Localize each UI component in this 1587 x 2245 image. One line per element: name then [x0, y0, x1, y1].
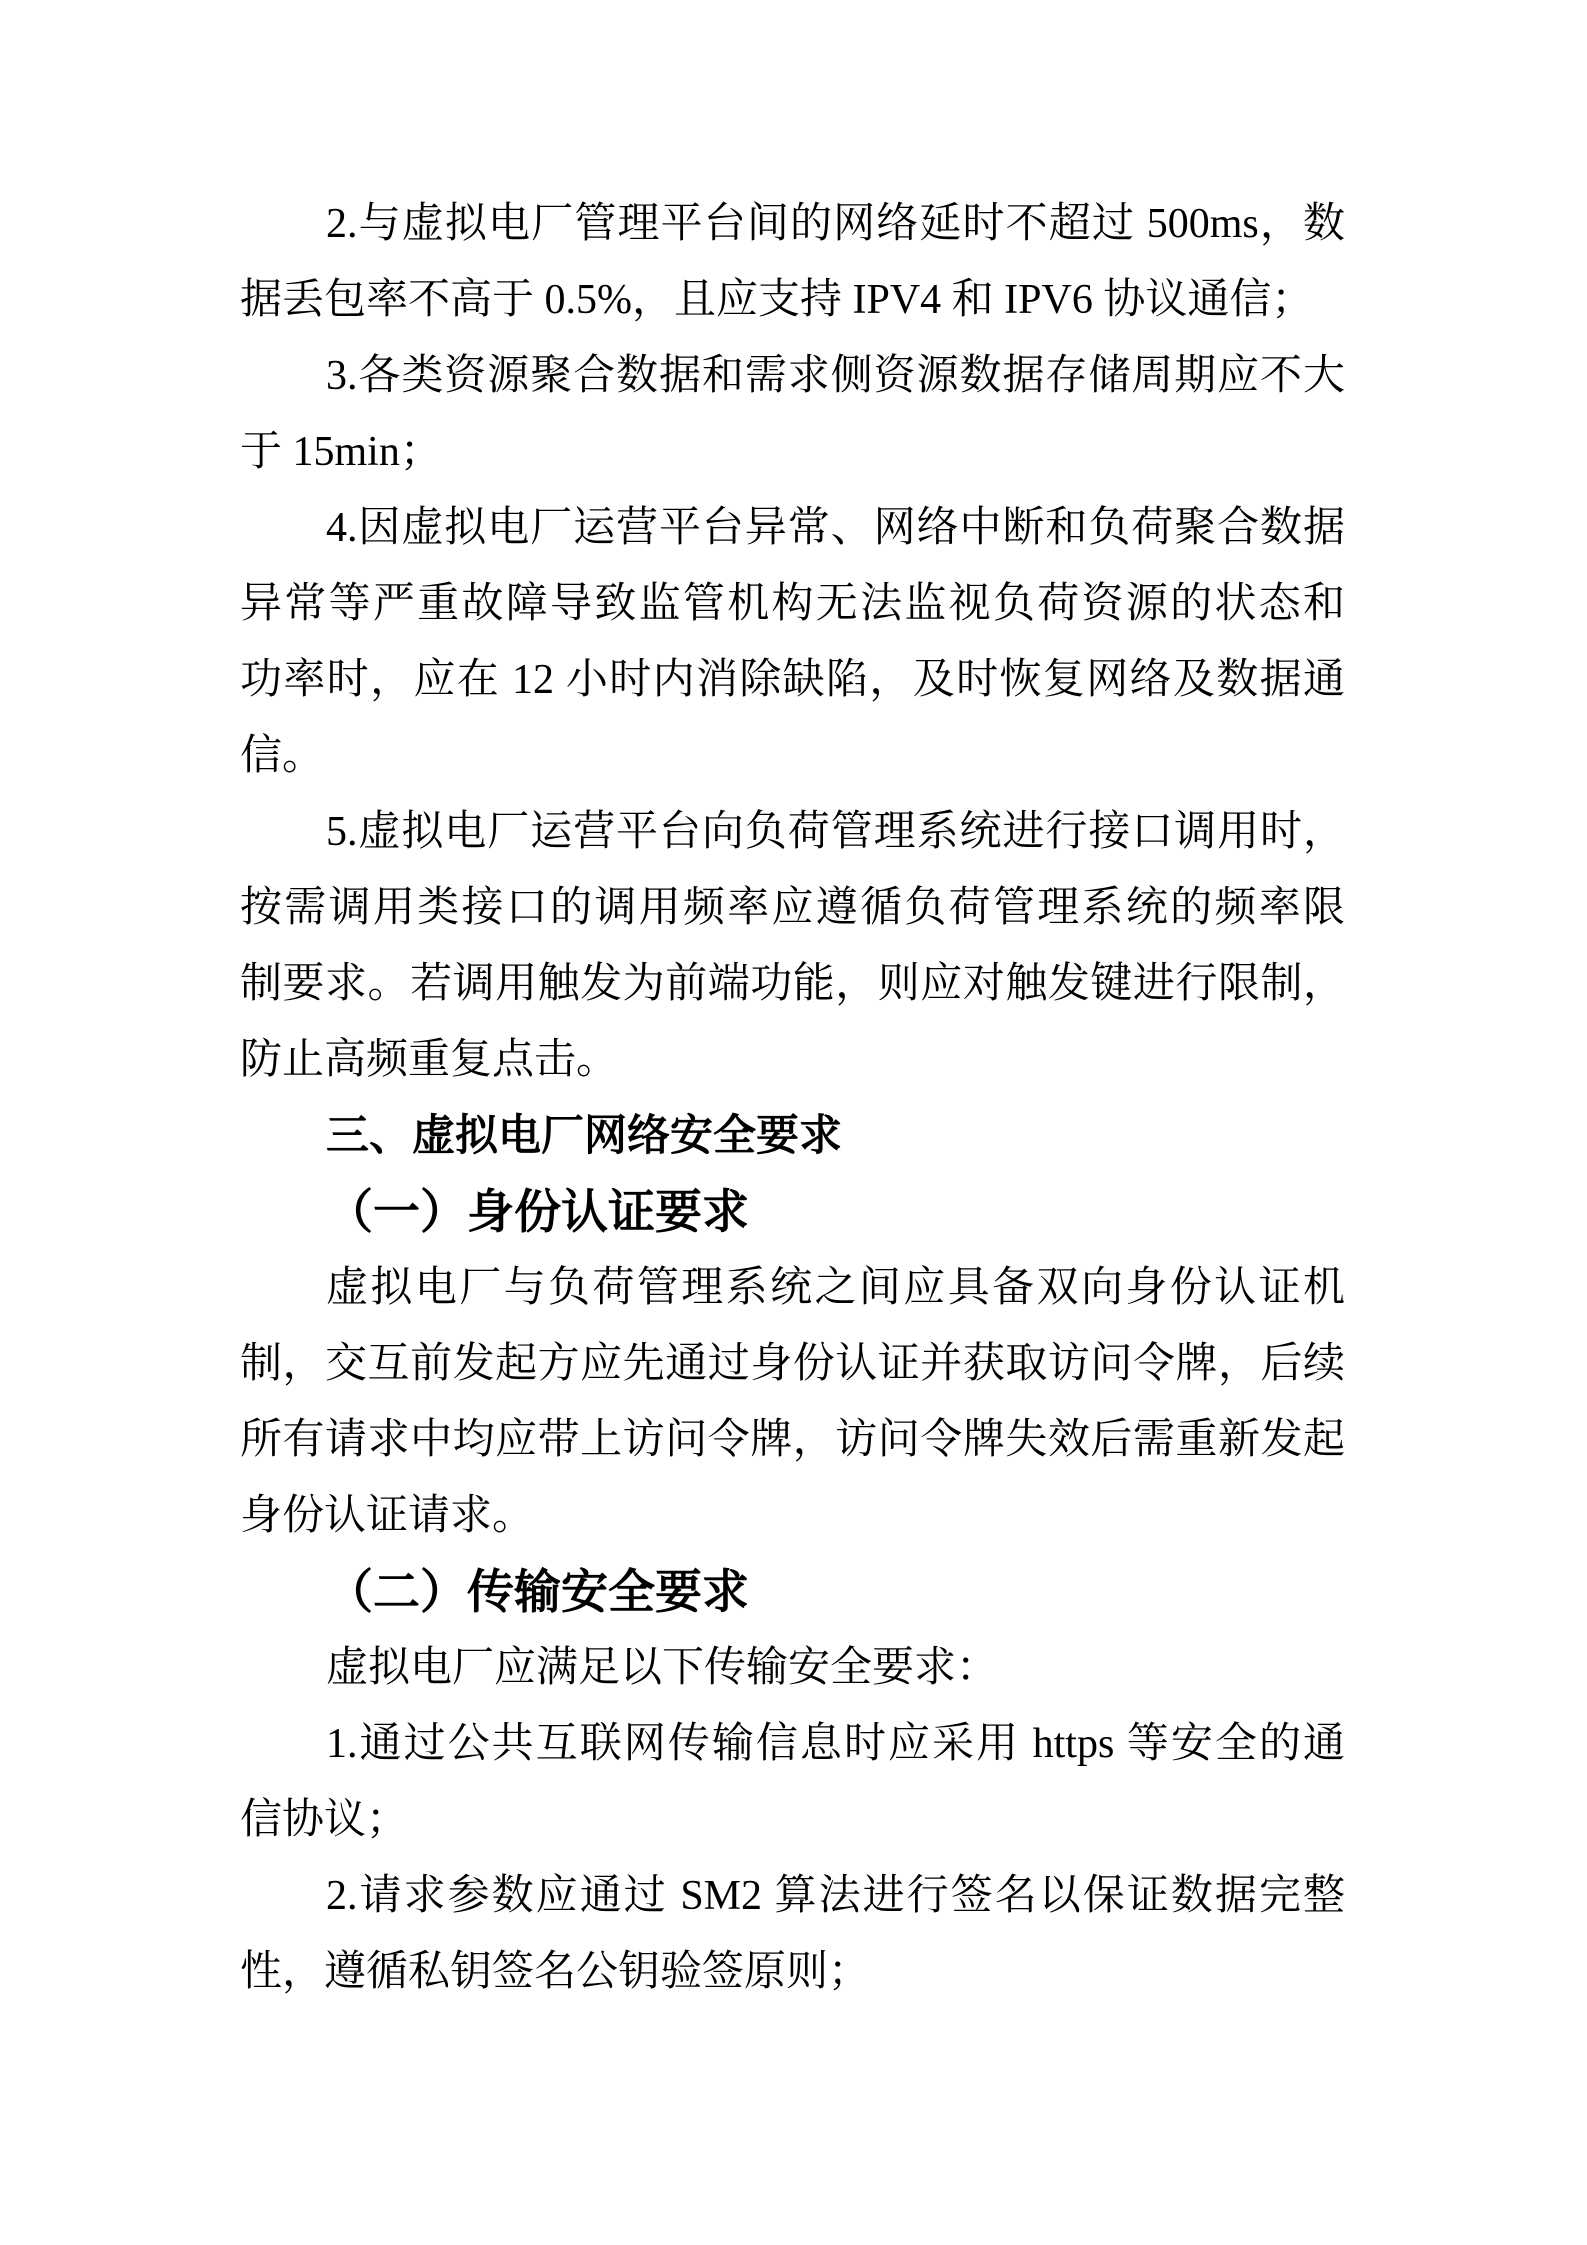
item-5-api-call-frequency: 5.虚拟电厂运营平台向负荷管理系统进行接口调用时，按需调用类接口的调用频率应遵循…: [240, 794, 1345, 1098]
document-page: 2.与虚拟电厂管理平台间的网络延时不超过 500ms，数据丢包率不高于 0.5%…: [0, 0, 1587, 2245]
text-line: 于 15min；: [240, 414, 1345, 490]
text-line: 信协议；: [240, 1782, 1345, 1858]
text-line: 身份认证请求。: [240, 1478, 1345, 1554]
text-line: 性，遵循私钥签名公钥验签原则；: [240, 1934, 1345, 2010]
text-line: 2.与虚拟电厂管理平台间的网络延时不超过 500ms，数: [240, 186, 1345, 262]
item-2-network-latency: 2.与虚拟电厂管理平台间的网络延时不超过 500ms，数据丢包率不高于 0.5%…: [240, 186, 1345, 338]
text-line: 信。: [240, 718, 1345, 794]
text-line: 3.各类资源聚合数据和需求侧资源数据存储周期应不大: [240, 338, 1345, 414]
transport-item-1-https: 1.通过公共互联网传输信息时应采用 https 等安全的通信协议；: [240, 1706, 1345, 1858]
heading-line: （二）传输安全要求: [240, 1554, 1345, 1630]
text-line: 据丢包率不高于 0.5%，且应支持 IPV4 和 IPV6 协议通信；: [240, 262, 1345, 338]
identity-auth-body: 虚拟电厂与负荷管理系统之间应具备双向身份认证机制，交互前发起方应先通过身份认证并…: [240, 1250, 1345, 1554]
heading-line: 三、虚拟电厂网络安全要求: [240, 1098, 1345, 1174]
transport-item-2-sm2-signature: 2.请求参数应通过 SM2 算法进行签名以保证数据完整性，遵循私钥签名公钥验签原…: [240, 1858, 1345, 2010]
document-content: 2.与虚拟电厂管理平台间的网络延时不超过 500ms，数据丢包率不高于 0.5%…: [240, 186, 1345, 2010]
text-line: 虚拟电厂与负荷管理系统之间应具备双向身份认证机: [240, 1250, 1345, 1326]
text-line: 4.因虚拟电厂运营平台异常、网络中断和负荷聚合数据: [240, 490, 1345, 566]
subsection-2-transport-security-heading: （二）传输安全要求: [240, 1554, 1345, 1630]
text-line: 虚拟电厂应满足以下传输安全要求：: [240, 1630, 1345, 1706]
text-line: 功率时，应在 12 小时内消除缺陷，及时恢复网络及数据通: [240, 642, 1345, 718]
section-3-network-security-heading: 三、虚拟电厂网络安全要求: [240, 1098, 1345, 1174]
text-line: 5.虚拟电厂运营平台向负荷管理系统进行接口调用时，: [240, 794, 1345, 870]
text-line: 制，交互前发起方应先通过身份认证并获取访问令牌，后续: [240, 1326, 1345, 1402]
text-line: 所有请求中均应带上访问令牌，访问令牌失效后需重新发起: [240, 1402, 1345, 1478]
subsection-1-identity-auth-heading: （一）身份认证要求: [240, 1174, 1345, 1250]
text-line: 制要求。若调用触发为前端功能，则应对触发键进行限制，: [240, 946, 1345, 1022]
item-4-fault-recovery: 4.因虚拟电厂运营平台异常、网络中断和负荷聚合数据异常等严重故障导致监管机构无法…: [240, 490, 1345, 794]
text-line: 1.通过公共互联网传输信息时应采用 https 等安全的通: [240, 1706, 1345, 1782]
transport-security-intro: 虚拟电厂应满足以下传输安全要求：: [240, 1630, 1345, 1706]
text-line: 防止高频重复点击。: [240, 1022, 1345, 1098]
text-line: 异常等严重故障导致监管机构无法监视负荷资源的状态和: [240, 566, 1345, 642]
text-line: 按需调用类接口的调用频率应遵循负荷管理系统的频率限: [240, 870, 1345, 946]
text-line: 2.请求参数应通过 SM2 算法进行签名以保证数据完整: [240, 1858, 1345, 1934]
item-3-data-storage-period: 3.各类资源聚合数据和需求侧资源数据存储周期应不大于 15min；: [240, 338, 1345, 490]
heading-line: （一）身份认证要求: [240, 1174, 1345, 1250]
